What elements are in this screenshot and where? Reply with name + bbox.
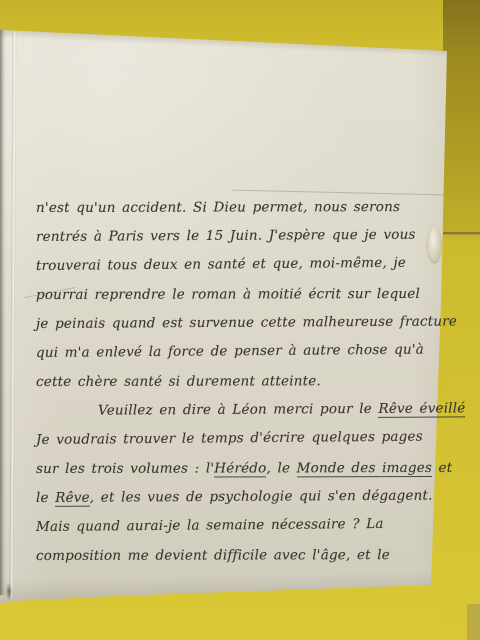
handwriting-segment: et xyxy=(432,460,452,476)
underlined-book-title: Rêve éveillé xyxy=(378,400,465,418)
handwriting-segment: , et les vues de psychologie qui s'en dé… xyxy=(90,488,433,506)
bottom-left-smudge xyxy=(6,583,12,600)
handwriting-segment: Mais quand aurai-je la semaine nécessair… xyxy=(36,516,384,535)
backdrop-seam-line xyxy=(443,232,480,235)
text-line-3: trouverai tous deux en santé et que, moi… xyxy=(36,248,448,281)
handwriting-segment: le xyxy=(36,490,55,506)
text-line-11: le Rêve, et les vues de psychologie qui … xyxy=(36,481,448,513)
text-line-2: rentrés à Paris vers le 15 Juin. J'espèr… xyxy=(36,220,448,252)
underlined-book-title: Rêve xyxy=(55,490,90,507)
handwriting-segment: composition me devient difficile avec l'… xyxy=(36,547,390,564)
handwriting-segment: cette chère santé si durement atteinte. xyxy=(36,373,321,390)
text-line-7: cette chère santé si durement atteinte. xyxy=(36,367,448,397)
handwriting-segment: je peinais quand est survenue cette malh… xyxy=(36,313,457,332)
handwriting-segment: pourrai reprendre le roman à moitié écri… xyxy=(36,286,420,303)
paper-left-edge-shadow xyxy=(0,30,6,595)
handwriting-segment: sur les trois volumes : l' xyxy=(36,461,214,477)
text-line-12: Mais quand aurai-je la semaine nécessair… xyxy=(36,509,448,542)
photo-of-handwritten-letter: n'est qu'un accident. Si Dieu permet, no… xyxy=(0,0,480,640)
text-line-8: Veuillez en dire à Léon merci pour le Rê… xyxy=(36,394,448,426)
handwritten-text: n'est qu'un accident. Si Dieu permet, no… xyxy=(36,194,448,571)
underlined-book-title: Hérédo xyxy=(214,460,266,477)
vertical-fold-crease xyxy=(10,32,17,598)
handwriting-segment: Veuillez en dire à Léon merci pour le xyxy=(98,401,379,419)
text-line-5: je peinais quand est survenue cette malh… xyxy=(36,307,448,339)
handwriting-segment: n'est qu'un accident. Si Dieu permet, no… xyxy=(36,199,400,216)
text-line-10: sur les trois volumes : l'Hérédo, le Mon… xyxy=(36,454,448,484)
handwriting-segment: rentrés à Paris vers le 15 Juin. J'espèr… xyxy=(36,227,416,245)
text-line-13: composition me devient difficile avec l'… xyxy=(36,541,448,571)
handwriting-segment: qui m'a enlevé la force de penser à autr… xyxy=(36,342,424,361)
backdrop-corner-patch xyxy=(467,604,480,640)
handwriting-segment: trouverai tous deux en santé et que, moi… xyxy=(36,255,406,274)
text-line-9: Je voudrais trouver le temps d'écrire qu… xyxy=(36,422,448,455)
text-line-1: n'est qu'un accident. Si Dieu permet, no… xyxy=(36,193,448,223)
handwriting-segment: Je voudrais trouver le temps d'écrire qu… xyxy=(36,429,423,448)
underlined-book-title: Monde des images xyxy=(297,460,432,477)
handwriting-segment: , le xyxy=(266,460,296,476)
text-line-4: pourrai reprendre le roman à moitié écri… xyxy=(36,280,448,310)
text-line-6: qui m'a enlevé la force de penser à autr… xyxy=(36,335,448,368)
